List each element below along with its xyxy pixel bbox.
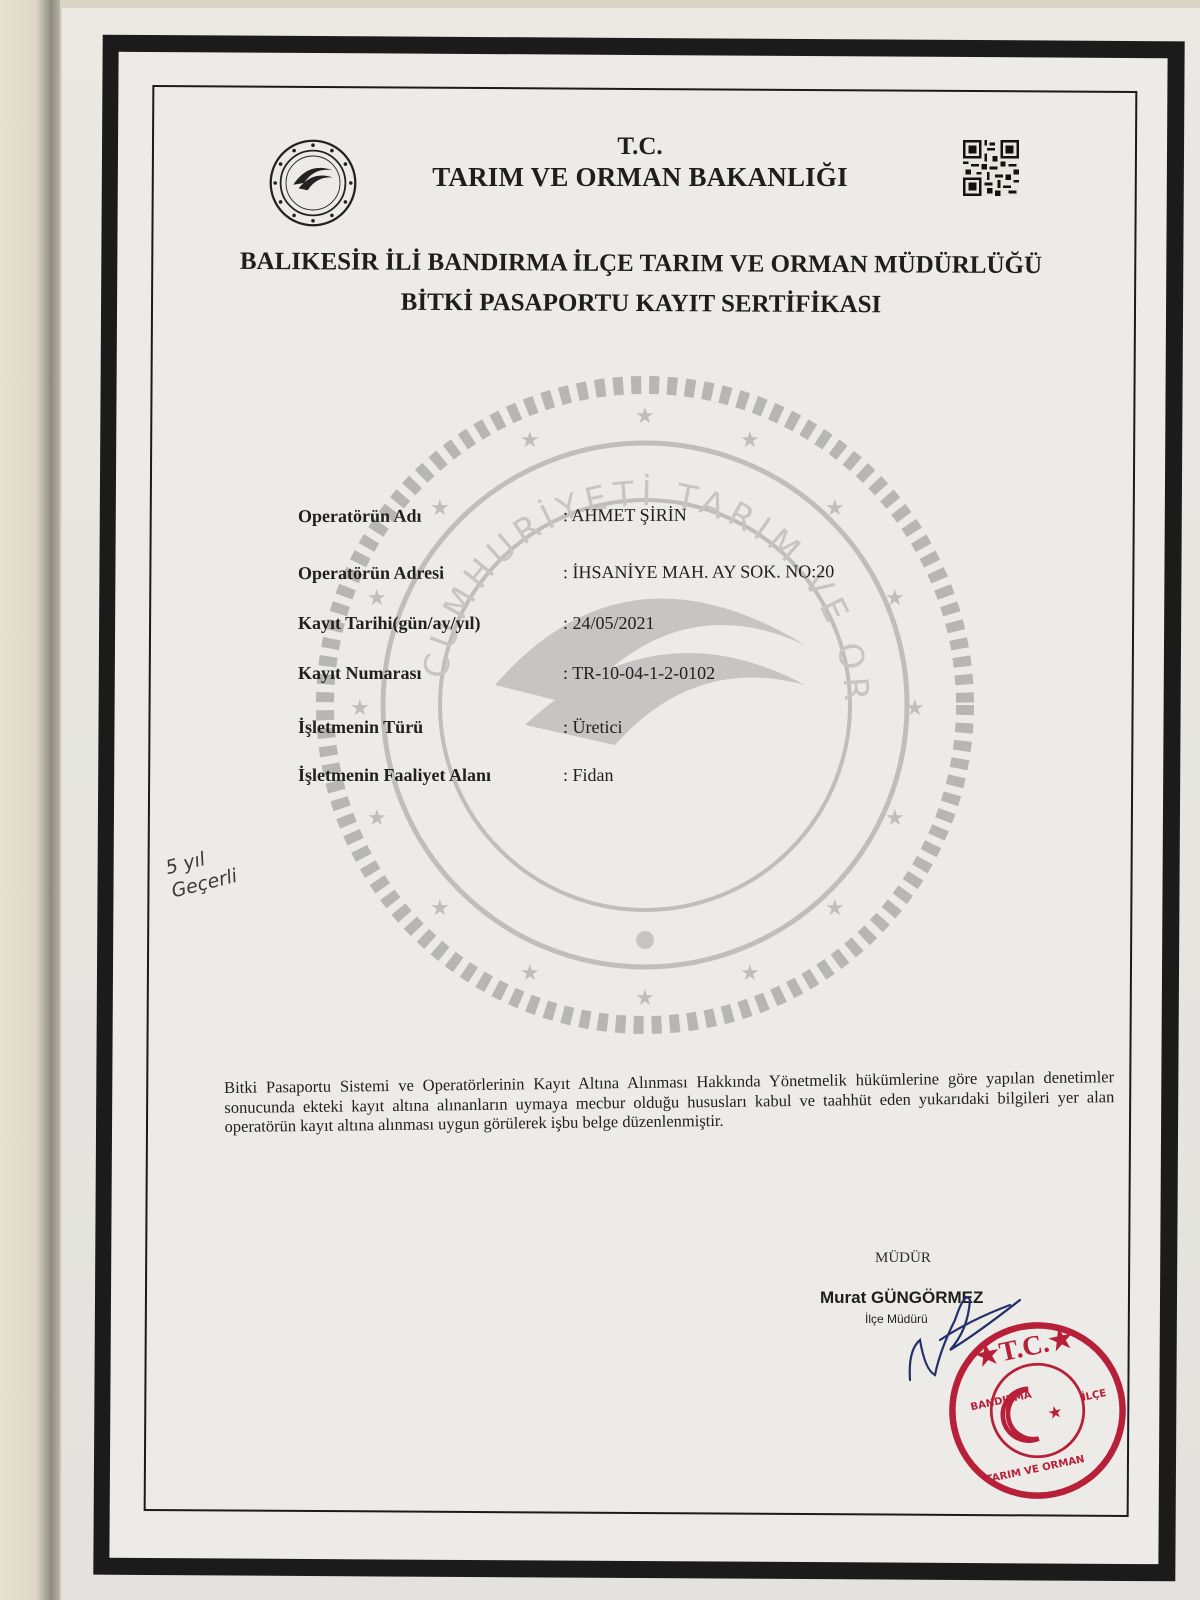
field-value: TR-10-04-1-2-0102 — [563, 663, 715, 684]
signatory-title: MÜDÜR — [875, 1250, 931, 1267]
certification-statement: Bitki Pasaportu Sistemi ve Operatörlerin… — [224, 1067, 1115, 1136]
svg-text:★: ★ — [635, 404, 655, 429]
svg-text:★: ★ — [520, 428, 540, 453]
background-surface — [0, 0, 60, 1600]
field-label: Operatörün Adresi — [298, 563, 444, 585]
svg-text:★: ★ — [430, 896, 450, 921]
svg-text:★: ★ — [520, 961, 540, 986]
svg-text:★: ★ — [367, 806, 387, 831]
field-registration-date: Kayıt Tarihi(gün/ay/yıl) 24/05/2021 — [298, 613, 938, 643]
field-activity-area: İşletmenin Faaliyet Alanı Fidan — [298, 765, 938, 795]
field-label: Kayıt Numarası — [298, 663, 422, 684]
field-label: Kayıt Tarihi(gün/ay/yıl) — [298, 613, 481, 634]
field-label: İşletmenin Faaliyet Alanı — [298, 765, 491, 786]
svg-text:İLÇE: İLÇE — [1080, 1385, 1107, 1404]
svg-text:★: ★ — [1046, 1402, 1065, 1424]
svg-text:★: ★ — [740, 961, 760, 986]
field-value: Üretici — [563, 717, 623, 738]
header-ministry-name: TARIM VE ORMAN BAKANLIĞI — [0, 162, 1200, 193]
svg-text:TARIM VE ORMAN: TARIM VE ORMAN — [985, 1454, 1086, 1486]
svg-text:★: ★ — [885, 806, 905, 831]
field-registration-number: Kayıt Numarası TR-10-04-1-2-0102 — [298, 663, 938, 693]
field-label: İşletmenin Türü — [298, 717, 423, 738]
field-value: Fidan — [563, 765, 614, 786]
qr-code-icon[interactable] — [963, 140, 1019, 196]
field-label: Operatörün Adı — [298, 506, 422, 527]
official-stamp-icon: ★T.C.★ ★ BANDIRMA TARIM VE ORMAN İLÇE — [945, 1318, 1130, 1503]
header-country-abbr: T.C. — [0, 133, 1200, 161]
svg-text:★: ★ — [740, 428, 760, 453]
ministry-watermark-seal-icon: ★★★ ★★★ ★★★ ★★★ ★★★★ CUMHURİYETİ TARIM V… — [295, 355, 995, 1055]
field-operator-address: Operatörün Adresi İHSANİYE MAH. AY SOK. … — [298, 561, 938, 593]
svg-text:★: ★ — [635, 986, 655, 1011]
field-value: İHSANİYE MAH. AY SOK. NO:20 — [563, 561, 834, 583]
field-business-type: İşletmenin Türü Üretici — [298, 717, 938, 747]
field-operator-name: Operatörün Adı AHMET ŞİRİN — [298, 504, 938, 536]
field-value: 24/05/2021 — [563, 613, 655, 634]
field-value: AHMET ŞİRİN — [563, 505, 687, 526]
svg-text:★: ★ — [825, 896, 845, 921]
